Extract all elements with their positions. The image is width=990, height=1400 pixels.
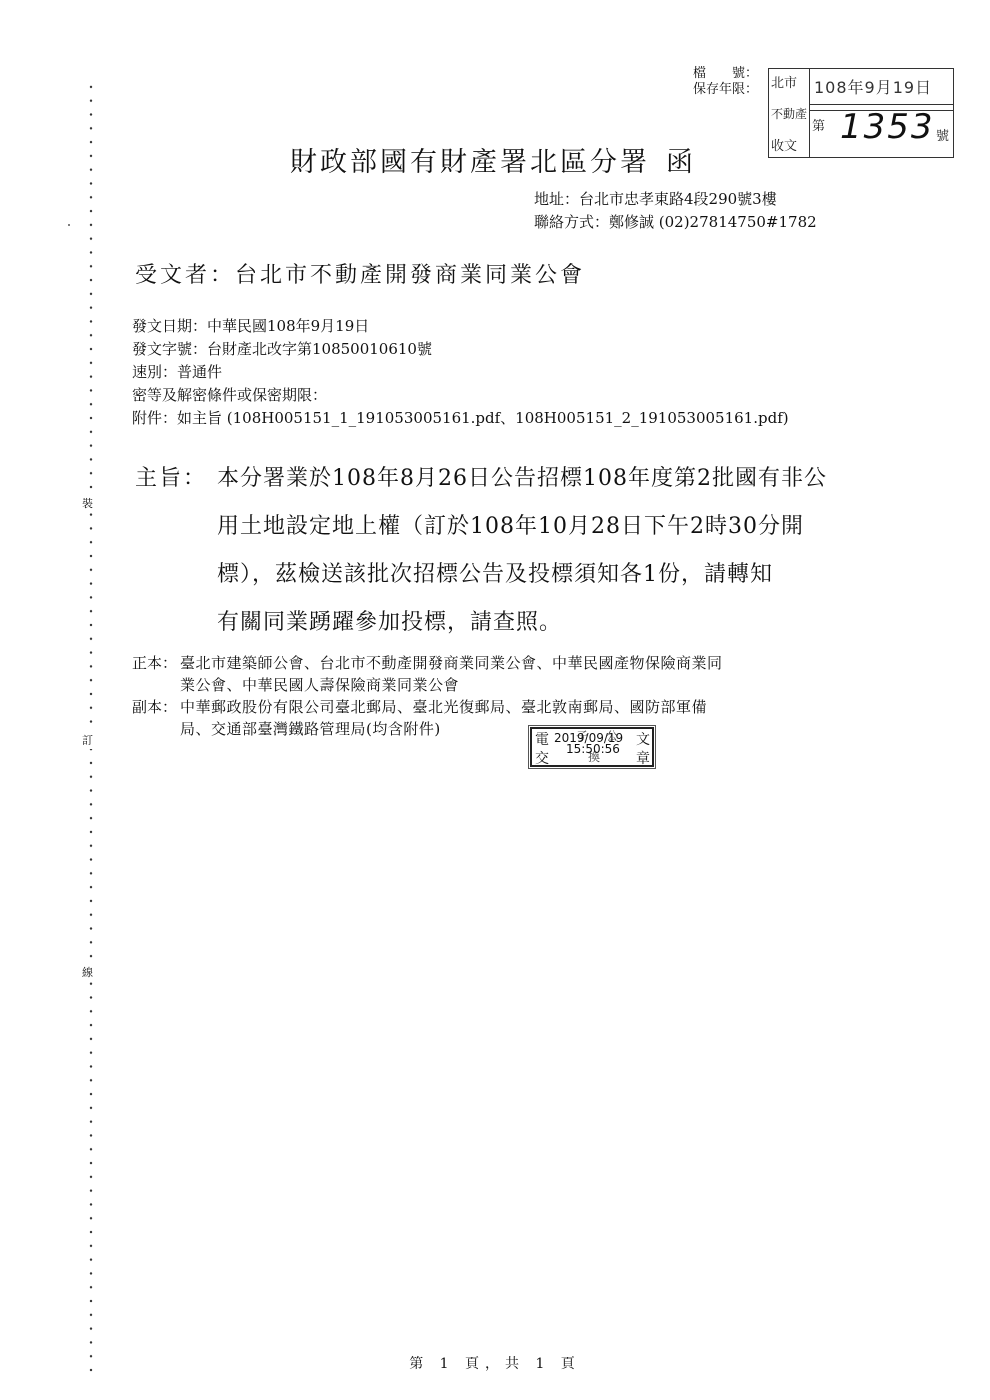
binding-label-xian: 線 bbox=[82, 965, 93, 981]
attachments: 附件：如主旨 (108H005151_1_191053005161.pdf、10… bbox=[132, 407, 789, 430]
contact-info: 聯絡方式：鄭修誠 (02)27814750#1782 bbox=[534, 211, 817, 234]
receipt-stamp: 北市 不動產 收文 108年9月19日 第 1353 號 bbox=[768, 68, 954, 158]
issue-date: 發文日期：中華民國108年9月19日 bbox=[132, 315, 789, 338]
subject-line: 用土地設定地上權（訂於108年10月28日下午2時30分開 bbox=[217, 503, 897, 551]
subject-line: 標），茲檢送該批次招標公告及投標須知各1份，請轉知 bbox=[217, 551, 897, 599]
binding-label-zhuang: 裝 bbox=[82, 496, 93, 512]
speed-class: 速別：普通件 bbox=[132, 361, 789, 384]
stamp-number-prefix: 第 bbox=[812, 115, 825, 134]
subject-line: 有關同業踴躍參加投標，請查照。 bbox=[217, 599, 897, 647]
scan-speck bbox=[68, 224, 70, 226]
stamp-char: 文 bbox=[636, 729, 650, 749]
electronic-exchange-stamp: 電 子 公 文 交 換 章 2019/09/19 15:50:56 bbox=[530, 727, 654, 767]
original-line: 臺北市建築師公會、台北市不動產開發商業同業公會、中華民國產物保險商業同 bbox=[132, 652, 723, 674]
contact-block: 地址：台北市忠孝東路4段290號3樓 聯絡方式：鄭修誠 (02)27814750… bbox=[534, 188, 817, 234]
issue-number: 發文字號：台財產北改字第10850010610號 bbox=[132, 338, 789, 361]
copy-label: 副本： bbox=[132, 696, 177, 718]
retention-period-label: 保存年限： bbox=[693, 82, 758, 98]
copy-line: 中華郵政股份有限公司臺北郵局、臺北光復郵局、臺北敦南郵局、國防部軍備 bbox=[132, 696, 723, 718]
stamp-char: 電 bbox=[535, 729, 549, 749]
binding-margin-dots bbox=[89, 80, 93, 1380]
file-number-label: 檔 號： bbox=[693, 66, 758, 82]
page-footer: 第 1 頁，共 1 頁 bbox=[0, 1353, 990, 1373]
original-line: 業公會、中華民國人壽保險商業同業公會 bbox=[132, 674, 723, 696]
agency-name: 財政部國有財產署北區分署 bbox=[290, 147, 650, 178]
recipient: 受文者：台北市不動產開發商業同業公會 bbox=[135, 258, 585, 289]
stamp-org: 北市 bbox=[771, 72, 797, 91]
stamp-date: 108年9月19日 bbox=[810, 69, 953, 105]
address: 地址：台北市忠孝東路4段290號3樓 bbox=[534, 188, 817, 211]
stamp-time: 15:50:56 bbox=[566, 742, 620, 756]
stamp-dept: 不動產 bbox=[771, 105, 807, 122]
archive-labels: 檔 號： 保存年限： bbox=[693, 66, 758, 98]
document-meta: 發文日期：中華民國108年9月19日 發文字號：台財產北改字第108500106… bbox=[132, 315, 789, 430]
stamp-handwritten-number: 1353 bbox=[840, 107, 935, 147]
receipt-stamp-left-column: 北市 不動產 收文 bbox=[769, 69, 810, 157]
stamp-number-suffix: 號 bbox=[936, 125, 949, 144]
original-label: 正本： bbox=[132, 652, 177, 674]
subject-label: 主旨： bbox=[135, 455, 207, 503]
document-type: 函 bbox=[666, 147, 696, 178]
binding-label-ding: 訂 bbox=[82, 733, 93, 749]
stamp-number-row: 第 1353 號 bbox=[810, 110, 953, 157]
stamp-received: 收文 bbox=[771, 135, 797, 154]
stamp-char: 章 bbox=[636, 748, 650, 768]
subject-body: 本分署業於108年8月26日公告招標108年度第2批國有非公 用土地設定地上權（… bbox=[217, 455, 897, 647]
subject-line: 本分署業於108年8月26日公告招標108年度第2批國有非公 bbox=[217, 455, 897, 503]
document-title: 財政部國有財產署北區分署函 bbox=[290, 140, 696, 179]
security-level: 密等及解密條件或保密期限： bbox=[132, 384, 789, 407]
stamp-char: 交 bbox=[535, 748, 549, 768]
original-recipients: 正本： 臺北市建築師公會、台北市不動產開發商業同業公會、中華民國產物保險商業同 … bbox=[132, 652, 723, 696]
